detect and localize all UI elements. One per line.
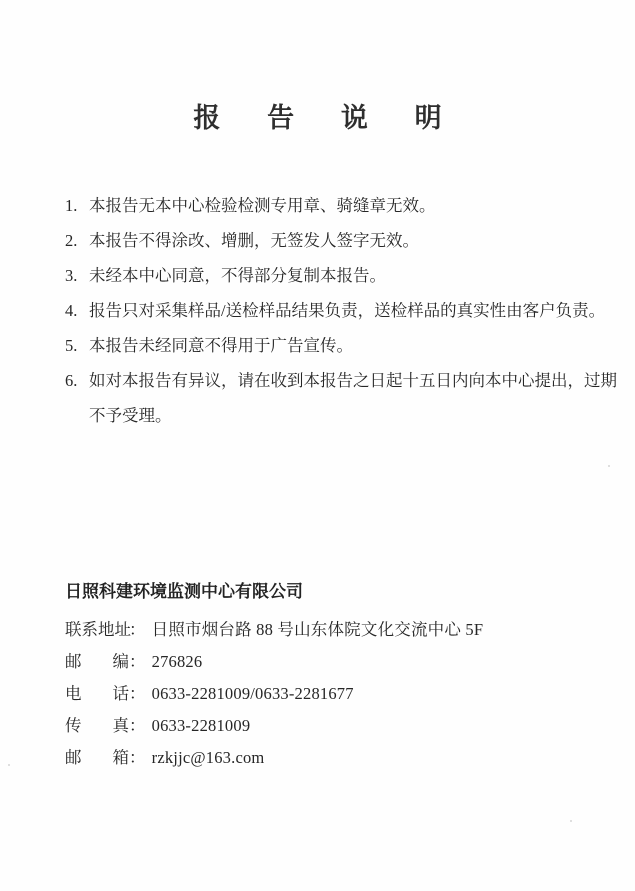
scan-speckle — [608, 465, 610, 467]
contact-label: 邮编 — [65, 646, 129, 678]
contact-row: 邮编： 276826 — [65, 646, 619, 678]
contact-label: 电话 — [65, 678, 129, 710]
note-number: 1. — [65, 188, 89, 223]
contact-value: 日照市烟台路 88 号山东体院文化交流中心 5F — [152, 620, 484, 639]
notes-list: 1. 本报告无本中心检验检测专用章、骑缝章无效。 2. 本报告不得涂改、增删，无… — [65, 188, 619, 433]
contact-label: 传真 — [65, 710, 129, 742]
contact-row: 联系地址： 日照市烟台路 88 号山东体院文化交流中心 5F — [65, 614, 619, 646]
note-number: 2. — [65, 223, 89, 258]
contact-colon: ： — [129, 710, 146, 742]
report-notes-page: 报 告 说 明 1. 本报告无本中心检验检测专用章、骑缝章无效。 2. 本报告不… — [0, 0, 635, 891]
contact-label: 邮箱 — [65, 742, 129, 774]
note-text: 如对本报告有异议，请在收到本报告之日起十五日内向本中心提出，过期不予受理。 — [89, 363, 619, 433]
note-text: 本报告无本中心检验检测专用章、骑缝章无效。 — [89, 188, 619, 223]
contact-row: 邮箱： rzkjjc@163.com — [65, 742, 619, 774]
note-item: 2. 本报告不得涂改、增删，无签发人签字无效。 — [65, 223, 619, 258]
contact-value: 276826 — [152, 652, 203, 671]
note-number: 6. — [65, 363, 89, 398]
contact-value: 0633-2281009/0633-2281677 — [152, 684, 354, 703]
company-name: 日照科建环境监测中心有限公司 — [65, 580, 619, 604]
contact-block: 日照科建环境监测中心有限公司 联系地址： 日照市烟台路 88 号山东体院文化交流… — [65, 580, 619, 774]
note-text: 未经本中心同意，不得部分复制本报告。 — [89, 258, 619, 293]
contact-colon: ： — [129, 742, 146, 774]
note-item: 5. 本报告未经同意不得用于广告宣传。 — [65, 328, 619, 363]
note-text: 本报告未经同意不得用于广告宣传。 — [89, 328, 619, 363]
scan-speckle — [8, 764, 10, 766]
contact-value: 0633-2281009 — [152, 716, 251, 735]
note-item: 6. 如对本报告有异议，请在收到本报告之日起十五日内向本中心提出，过期不予受理。 — [65, 363, 619, 433]
contact-label: 联系地址 — [65, 614, 129, 646]
contact-colon: ： — [129, 678, 146, 710]
contact-colon: ： — [129, 614, 146, 646]
note-item: 3. 未经本中心同意，不得部分复制本报告。 — [65, 258, 619, 293]
note-text: 报告只对采集样品/送检样品结果负责，送检样品的真实性由客户负责。 — [89, 293, 619, 328]
contact-row: 电话： 0633-2281009/0633-2281677 — [65, 678, 619, 710]
contact-row: 传真： 0633-2281009 — [65, 710, 619, 742]
note-number: 3. — [65, 258, 89, 293]
contact-rows: 联系地址： 日照市烟台路 88 号山东体院文化交流中心 5F 邮编： 27682… — [65, 614, 619, 774]
note-text: 本报告不得涂改、增删，无签发人签字无效。 — [89, 223, 619, 258]
contact-value: rzkjjc@163.com — [152, 748, 265, 767]
note-item: 4. 报告只对采集样品/送检样品结果负责，送检样品的真实性由客户负责。 — [65, 293, 619, 328]
note-item: 1. 本报告无本中心检验检测专用章、骑缝章无效。 — [65, 188, 619, 223]
scan-speckle — [570, 820, 572, 822]
contact-colon: ： — [129, 646, 146, 678]
note-number: 4. — [65, 293, 89, 328]
note-number: 5. — [65, 328, 89, 363]
page-title: 报 告 说 明 — [0, 96, 635, 135]
